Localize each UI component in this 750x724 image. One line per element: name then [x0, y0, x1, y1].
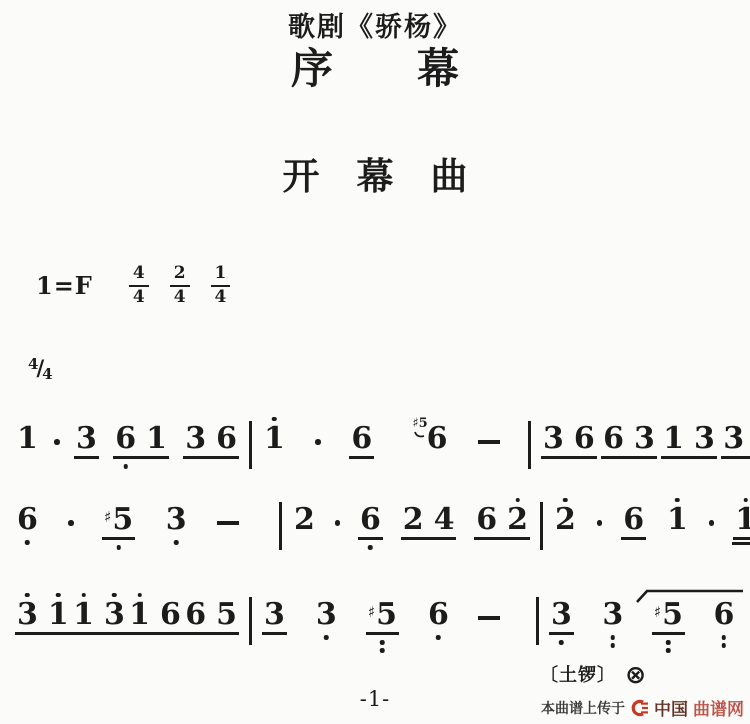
note-digits: 31: [15, 600, 71, 635]
note-digit: 6: [714, 600, 735, 630]
measure: 6♯53: [12, 505, 279, 540]
note-digit: 6: [17, 505, 38, 535]
note-digit: ♯5: [654, 600, 683, 630]
note-digit: 6: [351, 424, 372, 454]
note-token: 3: [549, 600, 574, 635]
measure: 16♯56: [252, 424, 528, 459]
beam-group: 16: [127, 600, 183, 635]
note-digits: 61: [113, 424, 169, 459]
note-digit: 6: [428, 600, 449, 630]
note-digits: 6: [426, 600, 451, 635]
note-token: ♯5: [102, 505, 135, 540]
note-token: 2: [553, 505, 578, 540]
note-digit: 1: [129, 600, 150, 630]
note-digit: 6: [115, 424, 136, 454]
note-token: 6: [621, 505, 646, 540]
note-digit: 3: [694, 424, 715, 454]
octave-dot-above: [515, 498, 520, 503]
note-digits: ♯5: [102, 505, 135, 540]
note-digit: 3: [166, 505, 187, 535]
tempo-meter-marking: 4/4: [28, 355, 53, 380]
key-and-time-signatures: 1=F 4 4 2 4 1 4: [36, 264, 230, 307]
note-digits: 3: [164, 505, 189, 540]
note-token: 6: [712, 600, 737, 635]
grace-note: ♯5: [412, 417, 427, 439]
octave-dot-above: [563, 498, 568, 503]
note-digit: 3: [723, 424, 744, 454]
time-signature: 4 4: [129, 264, 149, 307]
duration-dot: [709, 520, 715, 526]
beam-group: 65: [183, 600, 239, 635]
note-token: ♯5: [366, 600, 399, 635]
note-token: 6: [358, 505, 383, 540]
note-digits: 31: [721, 424, 750, 459]
octave-dot-below: [666, 640, 671, 645]
note-digits: 63: [601, 424, 657, 459]
octave-dot-below: [380, 648, 385, 653]
octave-dot-above: [56, 593, 61, 598]
music-system: 13613616♯5636631331: [12, 424, 744, 469]
sharp-icon: ♯: [104, 508, 111, 526]
octave-dot-below: [559, 640, 564, 645]
note-digit: 6: [360, 505, 381, 535]
note-digit: 3: [316, 600, 337, 630]
note-digit: 2: [507, 505, 528, 535]
note-digit: 6: [185, 600, 206, 630]
beam-group: 24: [401, 505, 457, 540]
note-token: 6: [15, 505, 40, 540]
note-digit: 3: [17, 600, 38, 630]
note-digit: 3: [634, 424, 655, 454]
duration-dot: [597, 520, 603, 526]
note-digit: 3: [76, 424, 97, 454]
octave-dots-below: [123, 464, 128, 469]
duration-dot: [335, 520, 341, 526]
time-signature: 1 4: [211, 264, 231, 307]
measure: 262462: [282, 505, 540, 540]
octave-dot-above: [272, 417, 277, 422]
octave-dot-above: [25, 593, 30, 598]
note-digits: 1: [262, 424, 287, 459]
note-digits: 13: [661, 424, 717, 459]
site-name-part2: 曲谱网: [693, 695, 744, 720]
act-title: 序 幕: [0, 36, 750, 96]
note-digit: 6: [427, 424, 448, 454]
duration-dash: [217, 521, 239, 525]
octave-dot-below: [123, 464, 128, 469]
octave-dots-below: [25, 540, 30, 545]
note-digit: 6: [623, 505, 644, 535]
note-token: 6: [426, 600, 451, 635]
note-token: 3: [600, 600, 625, 635]
note-digit: 6: [476, 505, 497, 535]
note-digits: 2: [553, 505, 578, 540]
grace-note-text: ♯5: [412, 417, 427, 430]
note-digit: 2: [294, 505, 315, 535]
note-token: 1: [665, 505, 690, 540]
note-digit: 1: [17, 424, 38, 454]
octave-dots-below: [380, 640, 385, 653]
measure: 31131665: [12, 600, 249, 635]
piece-title: 开 幕 曲: [0, 146, 750, 200]
beam-group: 13: [71, 600, 127, 635]
octave-dots-below: [368, 545, 373, 550]
watermark: 本曲谱上传于 中国 曲谱网: [541, 695, 744, 720]
beam-group: 62: [474, 505, 530, 540]
note-digits: ♯5: [652, 600, 685, 635]
beam-group: 12: [733, 505, 750, 540]
phrase-bracket: [634, 588, 746, 603]
octave-dots-below: [722, 635, 727, 648]
octave-dot-below: [611, 643, 616, 648]
note-digit: 1: [73, 600, 94, 630]
octave-dots-below: [559, 640, 564, 645]
note-digits: 3: [314, 600, 339, 635]
note-digits: 3: [262, 600, 287, 635]
gong-stroke-icon: ⊗: [625, 662, 646, 687]
note-token: ♯5: [652, 600, 685, 635]
gong-label: 〔土锣〕: [540, 661, 616, 687]
note-digits: 65: [183, 600, 239, 635]
octave-dots-below: [324, 635, 329, 640]
site-name-part1: 中国: [654, 695, 688, 720]
octave-dot-below: [174, 540, 179, 545]
note-digits: 6: [712, 600, 737, 635]
octave-dot-below: [368, 545, 373, 550]
note-digits: 6: [358, 505, 383, 540]
note-digits: 3: [600, 600, 625, 635]
measure: 136136: [12, 424, 249, 459]
note-digit: 2: [403, 505, 424, 535]
note-digit: 5: [216, 600, 237, 630]
note-digit: 1: [735, 505, 750, 535]
measure: 33♯56: [539, 600, 750, 635]
note-digits: 3: [74, 424, 99, 459]
note-digit: 6: [160, 600, 181, 630]
key-signature: 1=F: [36, 271, 93, 300]
note-digits: 1: [665, 505, 690, 540]
note-digits: 16: [127, 600, 183, 635]
note-digit: 2: [555, 505, 576, 535]
octave-dot-below: [380, 640, 385, 645]
time-signature-list: 4 4 2 4 1 4: [129, 264, 231, 307]
beam-group: 36: [183, 424, 239, 459]
note-digit: 4: [434, 505, 455, 535]
measure: 33♯56: [252, 600, 536, 635]
note-digits: 36: [541, 424, 597, 459]
note-digits: 6: [349, 424, 374, 459]
note-digit: 3: [185, 424, 206, 454]
note-token: 3: [314, 600, 339, 635]
note-token: 3: [164, 505, 189, 540]
note-token: ♯56: [425, 424, 450, 459]
octave-dots-below: [436, 635, 441, 640]
note-digit: 3: [543, 424, 564, 454]
note-digit: 1: [663, 424, 684, 454]
duration-dash: [478, 440, 500, 444]
note-digit: 6: [603, 424, 624, 454]
note-digit: 1: [48, 600, 69, 630]
octave-dot-below: [436, 635, 441, 640]
note-digits: 6: [621, 505, 646, 540]
sharp-icon: ♯: [654, 603, 661, 621]
note-token: 3: [74, 424, 99, 459]
octave-dot-below: [116, 545, 121, 550]
note-digits: 13: [71, 600, 127, 635]
note-digits: 2: [292, 505, 317, 540]
octave-dot-below: [324, 635, 329, 640]
time-signature: 2 4: [170, 264, 190, 307]
note-token: 1: [15, 424, 40, 459]
octave-dot-above: [112, 593, 117, 598]
note-digits: ♯5: [366, 600, 399, 635]
note-digit: 1: [264, 424, 285, 454]
note-digit: 3: [551, 600, 572, 630]
octave-dot-below: [722, 643, 727, 648]
octave-dots-below: [666, 640, 671, 653]
note-digits: 1: [15, 424, 40, 459]
octave-dot-below: [722, 635, 727, 640]
beam-group: 63: [601, 424, 657, 459]
note-token: 3: [262, 600, 287, 635]
duration-dot: [68, 520, 74, 526]
octave-dot-above: [675, 498, 680, 503]
music-system: 3113166533♯5633♯56: [12, 600, 744, 645]
note-digits: 12: [733, 505, 750, 540]
duration-dot: [315, 439, 321, 445]
octave-dot-below: [666, 648, 671, 653]
beam-group: 36: [541, 424, 597, 459]
octave-dots-below: [611, 635, 616, 648]
note-digits: 62: [474, 505, 530, 540]
octave-dot-below: [611, 635, 616, 640]
octave-dots-below: [116, 545, 121, 550]
note-digits: 6: [15, 505, 40, 540]
beam-group: 31: [721, 424, 750, 459]
measure: 26112: [543, 505, 750, 540]
beam-group: 31: [15, 600, 71, 635]
note-digit: 1: [146, 424, 167, 454]
gong-annotation: 〔土锣〕 ⊗: [540, 661, 646, 687]
beam-group: 13: [661, 424, 717, 459]
note-digit: 6: [216, 424, 237, 454]
octave-dot-below: [25, 540, 30, 545]
music-system: 6♯5326246226112: [12, 505, 744, 550]
octave-dot-above: [743, 498, 748, 503]
note-digits: 36: [183, 424, 239, 459]
note-digits: 3: [549, 600, 574, 635]
grace-slur: [414, 431, 425, 439]
site-logo-icon: [630, 699, 649, 717]
watermark-note: 本曲谱上传于: [541, 698, 625, 718]
measure: 36631331: [531, 424, 750, 459]
note-digits: 24: [401, 505, 457, 540]
note-digit: 3: [104, 600, 125, 630]
octave-dots-below: [174, 540, 179, 545]
note-digit: ♯5: [368, 600, 397, 630]
note-digit: 3: [264, 600, 285, 630]
note-token: 6: [349, 424, 374, 459]
note-token: 2: [292, 505, 317, 540]
octave-dot-above: [81, 593, 86, 598]
duration-dash: [478, 616, 500, 620]
note-digit: 1: [667, 505, 688, 535]
note-digit: ♯5: [104, 505, 133, 535]
note-digit: 6: [574, 424, 595, 454]
octave-dot-above: [137, 593, 142, 598]
note-digit: 3: [602, 600, 623, 630]
note-token: 1: [262, 424, 287, 459]
sharp-icon: ♯: [368, 603, 375, 621]
duration-dot: [54, 439, 60, 445]
note-digits: 6: [425, 424, 450, 459]
beam-group: 61: [113, 424, 169, 459]
